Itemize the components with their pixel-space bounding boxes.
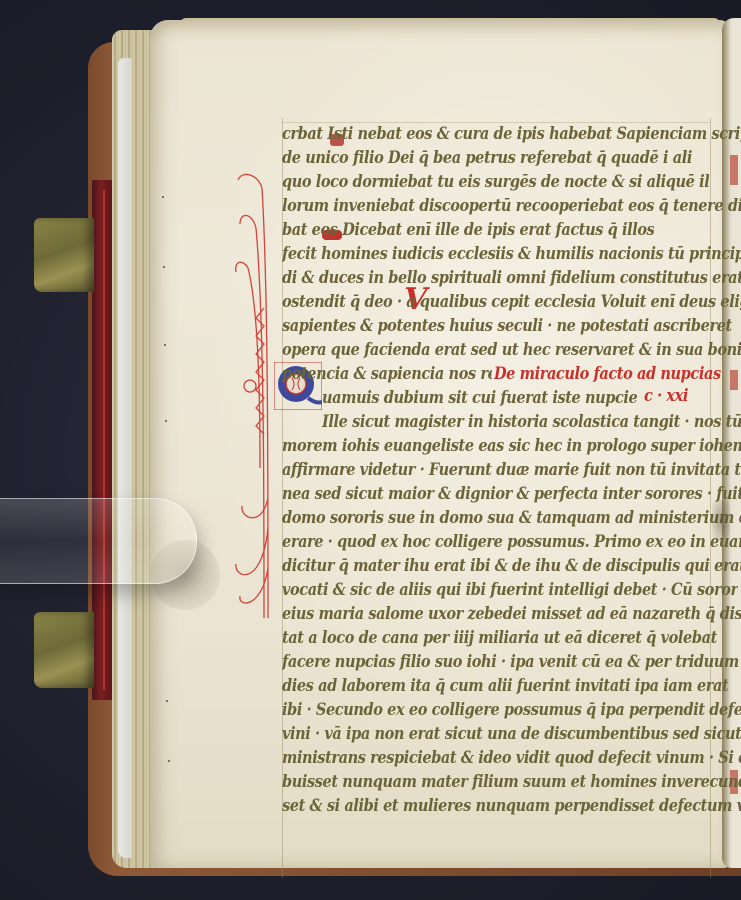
pricking-mark [168,760,170,762]
pricking-mark [164,344,166,346]
pricking-mark [166,700,168,702]
pricking-mark [163,266,165,268]
flyleaf-edge [118,58,132,858]
chapter-number: c · xxi [644,386,688,414]
red-marginal-flourish [222,168,282,618]
facing-page-red-mark [730,155,738,185]
text-line: set & si alibi et mulieres nunquam perpe… [282,796,741,824]
stain [712,500,730,540]
red-cover-line [103,190,105,690]
ruling-top [282,122,710,123]
clasp-tab-bottom [34,612,94,688]
glass-page-weight [0,498,197,584]
facing-page-red-mark [730,370,738,390]
clasp-tab-top [34,218,94,292]
pricking-mark [162,196,164,198]
pricking-mark [165,420,167,422]
